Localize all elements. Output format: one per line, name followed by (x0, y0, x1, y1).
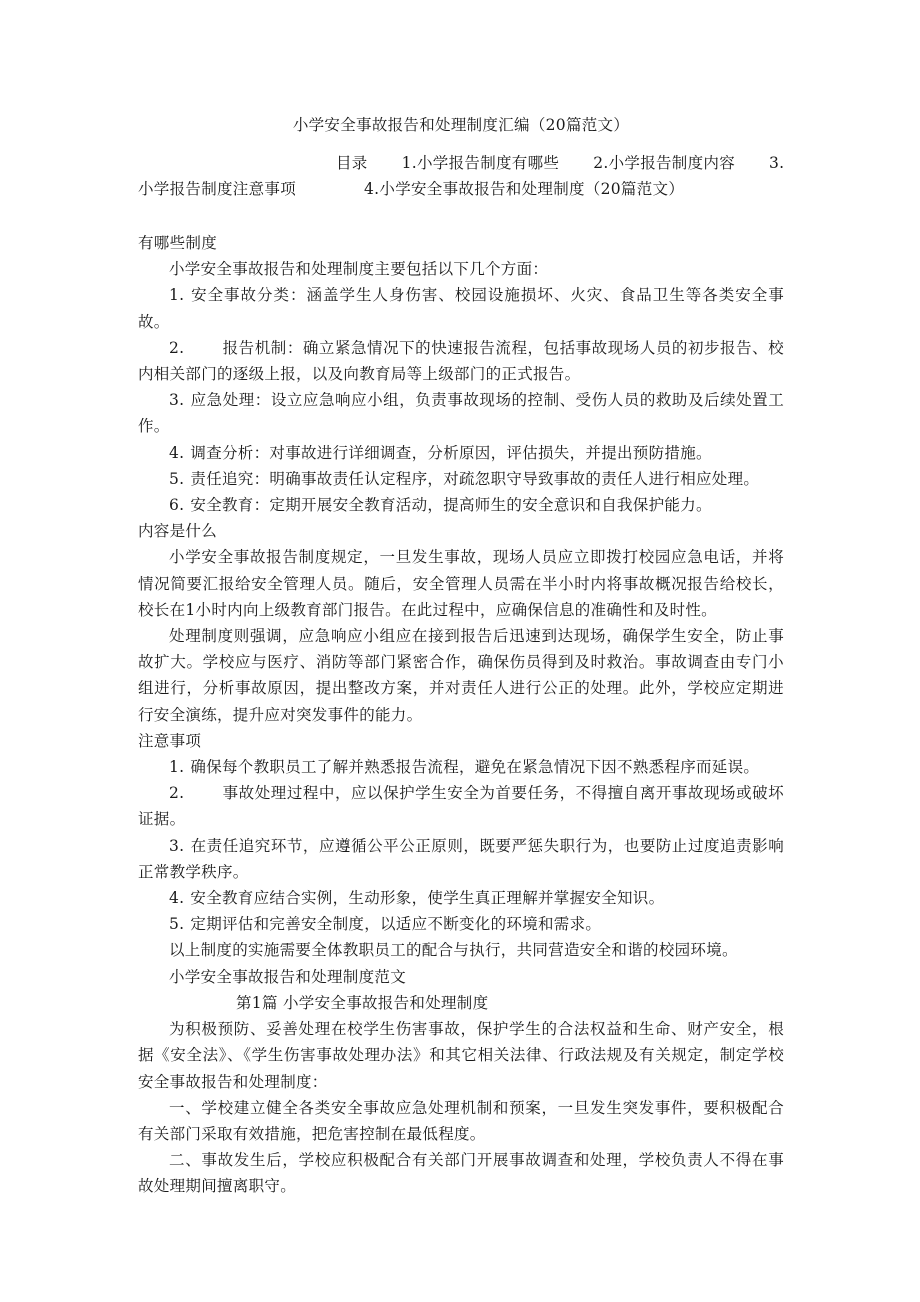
list-item: 3.在责任追究环节，应遵循公平公正原则，既要严惩失职行为，也要防止过度追责影响正… (138, 833, 784, 885)
paragraph: 以上制度的实施需要全体教职员工的配合与执行，共同营造安全和谐的校园环境。 (138, 937, 784, 963)
article-title: 第1篇 小学安全事故报告和处理制度 (138, 990, 784, 1016)
toc-label: 目录 (336, 154, 368, 172)
section-heading: 注意事项 (138, 728, 784, 754)
toc-item-1: 1.小学报告制度有哪些 (402, 154, 560, 172)
list-item: 1.安全事故分类：涵盖学生人身伤害、校园设施损坏、火灾、食品卫生等各类安全事故。 (138, 282, 784, 334)
paragraph: 处理制度则强调，应急响应小组应在接到报告后迅速到达现场，确保学生安全，防止事故扩… (138, 623, 784, 728)
table-of-contents: 目录1.小学报告制度有哪些2.小学报告制度内容3. (336, 150, 784, 176)
paragraph: 一、学校建立健全各类安全事故应急处理机制和预案，一旦发生突发事件，要积极配合有关… (138, 1095, 784, 1147)
list-item: 4.调查分析：对事故进行详细调查，分析原因，评估损失，并提出预防措施。 (138, 440, 784, 466)
list-item: 6.安全教育：定期开展安全教育活动，提高师生的安全意识和自我保护能力。 (138, 492, 784, 518)
list-item: 1.确保每个教职员工了解并熟悉报告流程，避免在紧急情况下因不熟悉程序而延误。 (138, 754, 784, 780)
document-title: 小学安全事故报告和处理制度汇编（20篇范文） (138, 112, 784, 138)
list-item: 5.定期评估和完善安全制度，以适应不断变化的环境和需求。 (138, 911, 784, 937)
list-item: 5.责任追究：明确事故责任认定程序，对疏忽职守导致事故的责任人进行相应处理。 (138, 466, 784, 492)
section-heading: 有哪些制度 (138, 230, 784, 256)
list-item: 3.应急处理：设立应急响应小组，负责事故现场的控制、受伤人员的救助及后续处置工作… (138, 387, 784, 439)
list-item: 2.事故处理过程中，应以保护学生安全为首要任务，不得擅自离开事故现场或破坏证据。 (138, 780, 784, 832)
list-item: 4.安全教育应结合实例，生动形象，使学生真正理解并掌握安全知识。 (138, 885, 784, 911)
toc-item-3: 小学报告制度注意事项 (138, 180, 296, 198)
toc-item-4: 4.小学安全事故报告和处理制度（20篇范文） (364, 180, 684, 198)
paragraph: 为积极预防、妥善处理在校学生伤害事故，保护学生的合法权益和生命、财产安全，根据《… (138, 1016, 784, 1095)
table-of-contents-cont: 小学报告制度注意事项4.小学安全事故报告和处理制度（20篇范文） (138, 176, 684, 202)
paragraph: 小学安全事故报告和处理制度主要包括以下几个方面： (138, 256, 784, 282)
list-item: 2.报告机制：确立紧急情况下的快速报告流程，包括事故现场人员的初步报告、校内相关… (138, 335, 784, 387)
toc-item-2: 2.小学报告制度内容 (593, 154, 735, 172)
paragraph: 二、事故发生后，学校应积极配合有关部门开展事故调查和处理，学校负责人不得在事故处… (138, 1147, 784, 1199)
section-heading: 内容是什么 (138, 518, 784, 544)
section-heading: 小学安全事故报告和处理制度范文 (138, 964, 784, 990)
paragraph: 小学安全事故报告制度规定，一旦发生事故，现场人员应立即拨打校园应急电话，并将情况… (138, 544, 784, 623)
document-body: 有哪些制度 小学安全事故报告和处理制度主要包括以下几个方面： 1.安全事故分类：… (138, 230, 784, 1200)
toc-item-3-number: 3. (769, 154, 784, 172)
